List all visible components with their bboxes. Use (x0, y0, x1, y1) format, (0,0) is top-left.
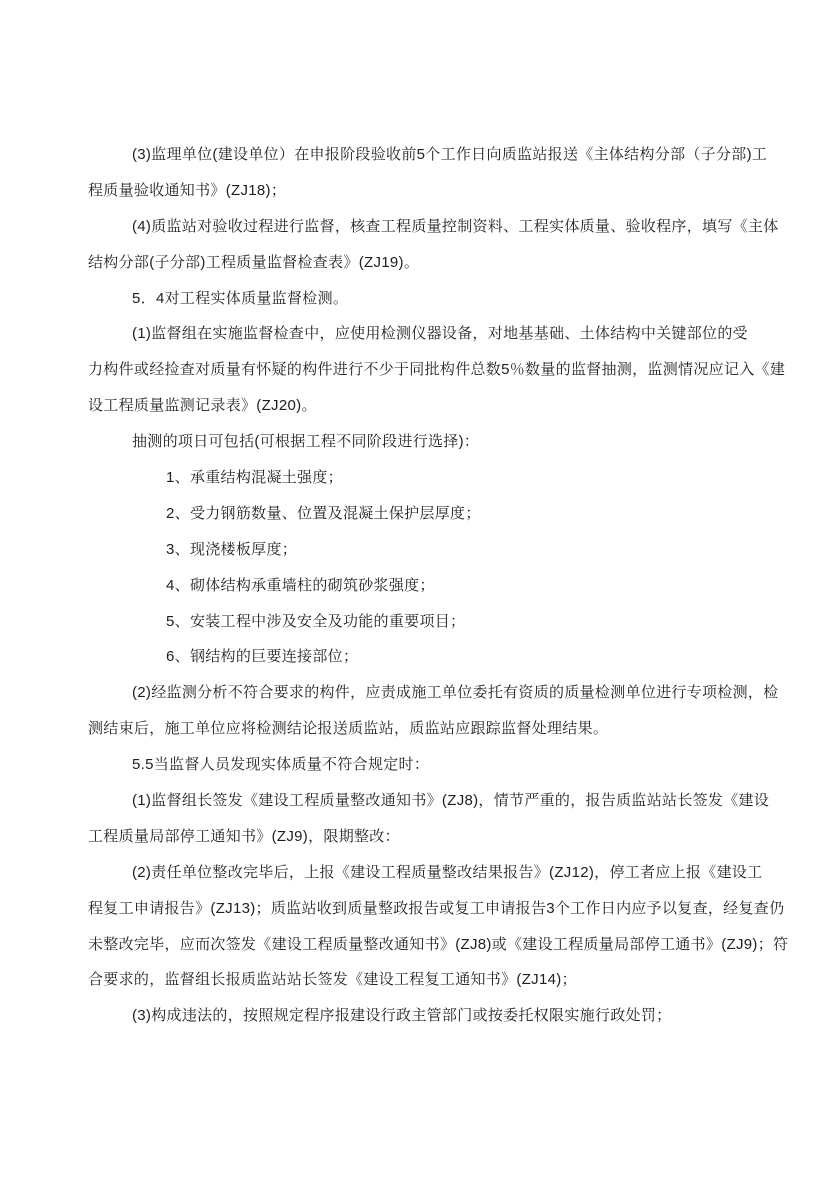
text-line: (2)经监测分析不符合要求的构件，应责成施工单位委托有资质的质量检测单位进行专项… (88, 675, 758, 711)
document-content: (3)监理单位(建设单位）在申报阶段验收前5个工作日向质监站报送《主体结构分部（… (88, 137, 758, 1034)
text-line: (1)监督组在实施监督检查中，应使用检测仪器设备，对地基基础、土体结构中关键部位… (88, 316, 758, 352)
text-line: (4)质监站对验收过程进行监督，核查工程质量控制资料、工程实体质量、验收程序，填… (88, 209, 758, 245)
text-line: 力构件或经捡查对质量有怀疑的构件进行不少于同批构件总数5％数量的监督抽测，监测情… (88, 352, 758, 388)
text-line: (1)监督组长签发《建设工程质量整改通知书》(ZJ8)，情节严重的，报告质监站站… (88, 783, 758, 819)
text-line: 程质量验收通知书》(ZJ18)； (88, 173, 758, 209)
list-item: 6、钢结构的巨要连接部位； (88, 639, 758, 675)
document-page: (3)监理单位(建设单位）在申报阶段验收前5个工作日向质监站报送《主体结构分部（… (0, 0, 838, 1186)
list-item: 2、受力钢筋数量、位置及混凝土保护层厚度； (88, 496, 758, 532)
section-heading: 5．4对工程实体质量监督检测。 (88, 281, 758, 317)
text-line: 工程质量局部停工通知书》(ZJ9)，限期整改： (88, 819, 758, 855)
text-line: 设工程质量监测记录表》(ZJ20)。 (88, 388, 758, 424)
text-line: (3)监理单位(建设单位）在申报阶段验收前5个工作日向质监站报送《主体结构分部（… (88, 137, 758, 173)
list-item: 3、现浇楼板厚度； (88, 532, 758, 568)
text-line: 未整改完毕，应而次签发《建设工程质量整改通知书》(ZJ8)或《建设工程质量局部停… (88, 927, 758, 963)
text-line: (3)构成违法的，按照规定程序报建设行政主管部门或按委托权限实施行政处罚； (88, 998, 758, 1034)
text-line: 合要求的，监督组长报质监站站长签发《建设工程复工通知书》(ZJ14)； (88, 962, 758, 998)
list-item: 4、砌体结构承重墙柱的砌筑砂浆强度； (88, 568, 758, 604)
text-line: 程复工申请报告》(ZJ13)；质监站收到质量整政报告或复工申请报告3个工作日内应… (88, 891, 758, 927)
list-item: 1、承重结构混凝土强度； (88, 460, 758, 496)
text-line: 抽测的项日可包括(可根据工程不同阶段进行选择)： (88, 424, 758, 460)
list-item: 5、安装工程中涉及安全及功能的重要项目； (88, 604, 758, 640)
text-line: (2)责任单位整改完毕后，上报《建设工程质量整改结果报告》(ZJ12)，停工者应… (88, 855, 758, 891)
section-heading: 5.5当监督人员发现实体质量不符合规定时： (88, 747, 758, 783)
text-line: 结构分部(子分部)工程质量监督检查表》(ZJ19)。 (88, 245, 758, 281)
text-line: 测结束后，施工单位应将检测结论报送质监站，质监站应跟踪监督处理结果。 (88, 711, 758, 747)
